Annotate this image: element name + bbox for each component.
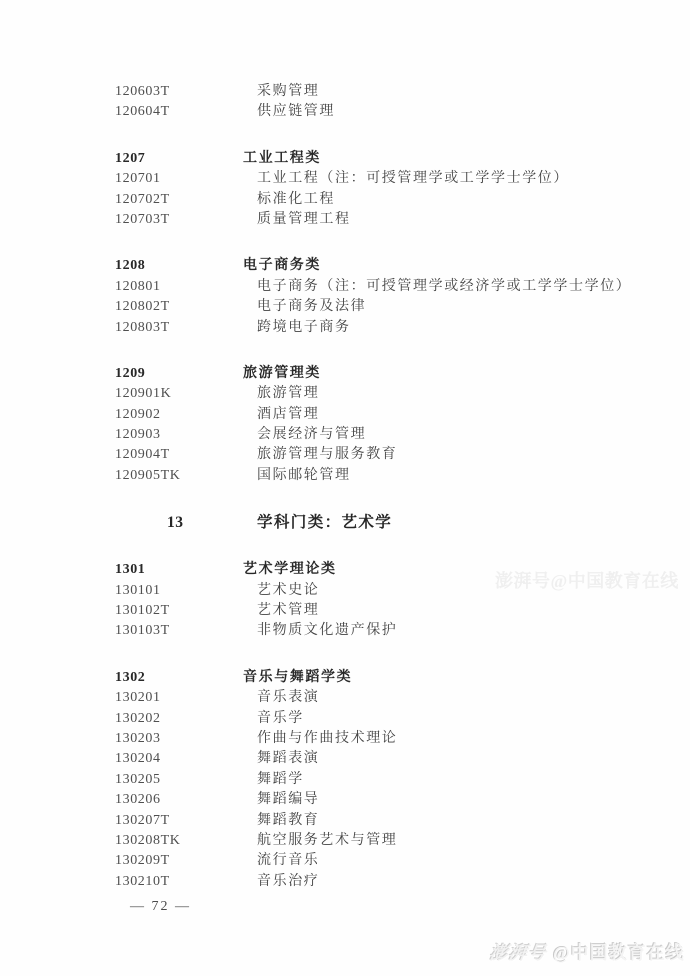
major-row: 120905TK国际邮轮管理 bbox=[115, 466, 675, 486]
section-code: 1301 bbox=[115, 560, 243, 580]
major-name: 旅游管理与服务教育 bbox=[243, 445, 397, 465]
major-name: 流行音乐 bbox=[243, 851, 319, 871]
major-name: 酒店管理 bbox=[243, 405, 319, 425]
major-name: 舞蹈学 bbox=[243, 770, 304, 790]
major-row: 120901K旅游管理 bbox=[115, 384, 675, 404]
pengpai-logo: 澎湃号 bbox=[488, 939, 549, 965]
major-code: 130101 bbox=[115, 581, 243, 601]
major-code: 120803T bbox=[115, 318, 243, 338]
major-name: 电子商务及法律 bbox=[243, 297, 366, 317]
major-code: 120802T bbox=[115, 297, 243, 317]
major-row: 120903会展经济与管理 bbox=[115, 425, 675, 445]
major-row: 130203作曲与作曲技术理论 bbox=[115, 729, 675, 749]
major-name: 跨境电子商务 bbox=[243, 318, 351, 338]
major-name: 会展经济与管理 bbox=[243, 425, 366, 445]
major-code: 120801 bbox=[115, 277, 243, 297]
major-name: 音乐学 bbox=[243, 709, 304, 729]
major-code: 120702T bbox=[115, 190, 243, 210]
major-row: 120803T跨境电子商务 bbox=[115, 318, 675, 338]
major-name: 国际邮轮管理 bbox=[243, 466, 351, 486]
major-row: 130210T音乐治疗 bbox=[115, 872, 675, 892]
major-code: 120902 bbox=[115, 405, 243, 425]
major-name: 电子商务（注：可授管理学或经济学或工学学士学位） bbox=[243, 277, 631, 297]
section-header: 1207工业工程类 bbox=[115, 149, 675, 169]
major-code: 130102T bbox=[115, 601, 243, 621]
watermark-mid: 澎湃号@中国教育在线 bbox=[495, 567, 679, 593]
major-name: 音乐治疗 bbox=[243, 872, 319, 892]
major-name: 舞蹈教育 bbox=[243, 811, 319, 831]
section-header: 1208电子商务类 bbox=[115, 256, 675, 276]
major-name: 音乐表演 bbox=[243, 688, 319, 708]
major-code: 130207T bbox=[115, 811, 243, 831]
major-row: 130103T非物质文化遗产保护 bbox=[115, 621, 675, 641]
major-code: 120701 bbox=[115, 169, 243, 189]
major-rows-block: 120603T采购管理120604T供应链管理 bbox=[115, 82, 675, 123]
section-header: 1302音乐与舞蹈学类 bbox=[115, 668, 675, 688]
major-name: 旅游管理 bbox=[243, 384, 319, 404]
major-row: 130201音乐表演 bbox=[115, 688, 675, 708]
watermark-bottom: 澎湃号 @中国教育在线 bbox=[490, 939, 685, 965]
section-code: 1209 bbox=[115, 364, 243, 384]
major-code: 120901K bbox=[115, 384, 243, 404]
major-code: 120603T bbox=[115, 82, 243, 102]
major-name: 工业工程（注：可授管理学或工学学士学位） bbox=[243, 169, 569, 189]
major-row: 120902酒店管理 bbox=[115, 405, 675, 425]
section-title: 艺术学理论类 bbox=[243, 560, 337, 580]
watermark-account-handle: @中国教育在线 bbox=[553, 939, 685, 965]
major-row: 130202音乐学 bbox=[115, 709, 675, 729]
major-name: 非物质文化遗产保护 bbox=[243, 621, 397, 641]
major-name: 标准化工程 bbox=[243, 190, 335, 210]
major-catalog: 120603T采购管理120604T供应链管理1207工业工程类120701工业… bbox=[115, 82, 675, 892]
major-code: 130209T bbox=[115, 851, 243, 871]
major-row: 120701工业工程（注：可授管理学或工学学士学位） bbox=[115, 169, 675, 189]
section-code: 1207 bbox=[115, 149, 243, 169]
major-code: 130201 bbox=[115, 688, 243, 708]
major-code: 120703T bbox=[115, 210, 243, 230]
major-code: 120604T bbox=[115, 102, 243, 122]
section-header: 1209旅游管理类 bbox=[115, 364, 675, 384]
major-name: 舞蹈编导 bbox=[243, 790, 319, 810]
major-code: 120905TK bbox=[115, 466, 243, 486]
discipline-code: 13 bbox=[115, 512, 243, 534]
major-section: 1208电子商务类120801电子商务（注：可授管理学或经济学或工学学士学位）1… bbox=[115, 256, 675, 338]
major-row: 120702T标准化工程 bbox=[115, 190, 675, 210]
major-row: 130204舞蹈表演 bbox=[115, 749, 675, 769]
major-name: 供应链管理 bbox=[243, 102, 335, 122]
major-name: 航空服务艺术与管理 bbox=[243, 831, 397, 851]
section-title: 电子商务类 bbox=[243, 256, 321, 276]
major-code: 130204 bbox=[115, 749, 243, 769]
major-section: 1207工业工程类120701工业工程（注：可授管理学或工学学士学位）12070… bbox=[115, 149, 675, 231]
major-code: 130203 bbox=[115, 729, 243, 749]
major-row: 120801电子商务（注：可授管理学或经济学或工学学士学位） bbox=[115, 277, 675, 297]
major-code: 130103T bbox=[115, 621, 243, 641]
major-name: 艺术史论 bbox=[243, 581, 319, 601]
discipline-title: 学科门类：艺术学 bbox=[243, 512, 392, 534]
major-row: 120904T旅游管理与服务教育 bbox=[115, 445, 675, 465]
discipline-heading: 13学科门类：艺术学 bbox=[115, 512, 675, 534]
section-code: 1302 bbox=[115, 668, 243, 688]
section-title: 旅游管理类 bbox=[243, 364, 321, 384]
major-section: 1302音乐与舞蹈学类130201音乐表演130202音乐学130203作曲与作… bbox=[115, 668, 675, 892]
major-row: 120802T电子商务及法律 bbox=[115, 297, 675, 317]
major-row: 130102T艺术管理 bbox=[115, 601, 675, 621]
major-row: 130205舞蹈学 bbox=[115, 770, 675, 790]
major-code: 120903 bbox=[115, 425, 243, 445]
major-code: 130206 bbox=[115, 790, 243, 810]
major-section: 1209旅游管理类120901K旅游管理120902酒店管理120903会展经济… bbox=[115, 364, 675, 486]
major-name: 作曲与作曲技术理论 bbox=[243, 729, 397, 749]
footer-page-number: — 72 — bbox=[130, 899, 191, 915]
section-title: 音乐与舞蹈学类 bbox=[243, 668, 352, 688]
major-code: 120904T bbox=[115, 445, 243, 465]
major-row: 130207T舞蹈教育 bbox=[115, 811, 675, 831]
major-code: 130202 bbox=[115, 709, 243, 729]
section-code: 1208 bbox=[115, 256, 243, 276]
major-row: 130209T流行音乐 bbox=[115, 851, 675, 871]
document-page: 120603T采购管理120604T供应链管理1207工业工程类120701工业… bbox=[0, 0, 690, 976]
major-code: 130205 bbox=[115, 770, 243, 790]
major-row: 120604T供应链管理 bbox=[115, 102, 675, 122]
major-row: 120703T质量管理工程 bbox=[115, 210, 675, 230]
major-name: 质量管理工程 bbox=[243, 210, 351, 230]
major-code: 130210T bbox=[115, 872, 243, 892]
major-row: 130208TK航空服务艺术与管理 bbox=[115, 831, 675, 851]
section-title: 工业工程类 bbox=[243, 149, 321, 169]
major-row: 120603T采购管理 bbox=[115, 82, 675, 102]
major-row: 130206舞蹈编导 bbox=[115, 790, 675, 810]
major-name: 舞蹈表演 bbox=[243, 749, 319, 769]
major-name: 采购管理 bbox=[243, 82, 319, 102]
major-name: 艺术管理 bbox=[243, 601, 319, 621]
major-code: 130208TK bbox=[115, 831, 243, 851]
